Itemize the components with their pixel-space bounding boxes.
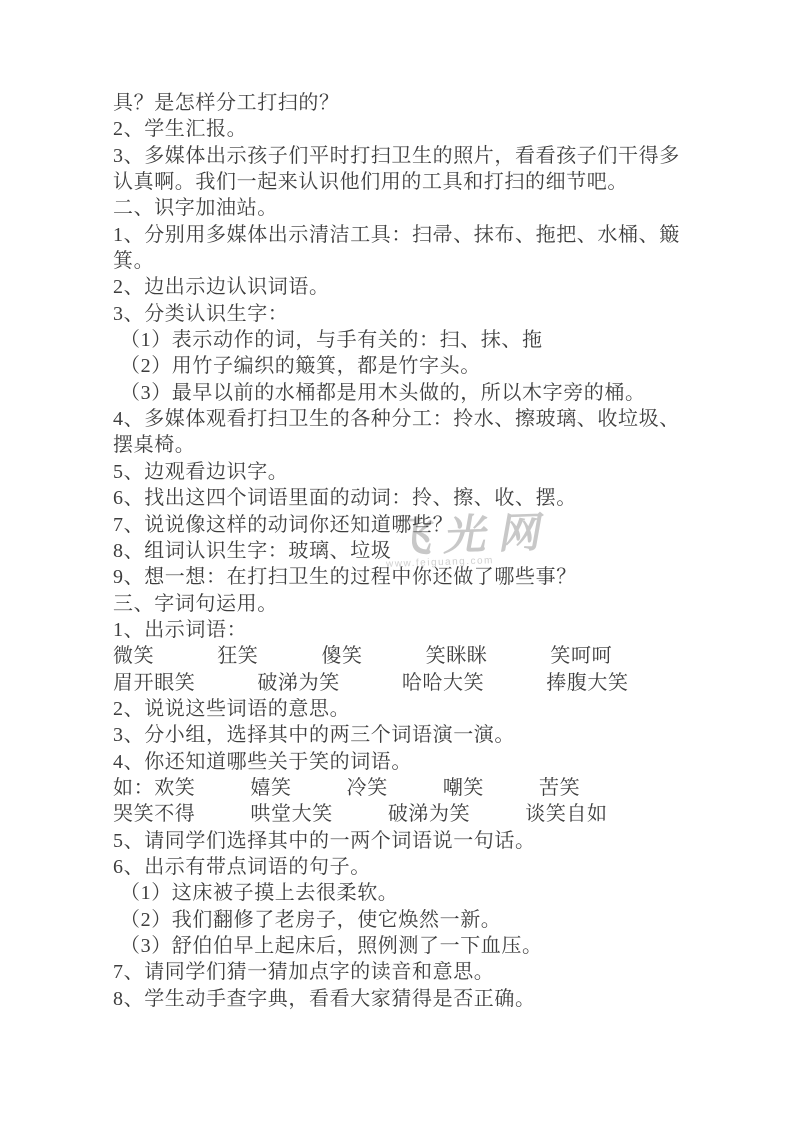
word-row: 微笑狂笑傻笑笑眯眯笑呵呵 bbox=[113, 643, 680, 669]
word-item: 冷笑 bbox=[347, 775, 388, 801]
text-line: 2、边出示边认识词语。 bbox=[113, 274, 680, 300]
document-page: 飞光网 www.feiguang.com 具？是怎样分工打扫的？2、学生汇报。3… bbox=[0, 0, 793, 1122]
word-item: 破涕为笑 bbox=[388, 801, 470, 827]
word-item: 破涕为笑 bbox=[257, 670, 339, 696]
text-line: 6、出示有带点词语的句子。 bbox=[113, 854, 680, 880]
text-line: 1、出示词语： bbox=[113, 617, 680, 643]
text-line: 7、请同学们猜一猜加点字的读音和意思。 bbox=[113, 959, 680, 985]
word-item: 嬉笑 bbox=[250, 775, 291, 801]
text-line: 二、识字加油站。 bbox=[113, 195, 680, 221]
text-line: 5、边观看边识字。 bbox=[113, 459, 680, 485]
text-line: 9、想一想：在打扫卫生的过程中你还做了哪些事？ bbox=[113, 564, 680, 590]
text-line: （1）表示动作的词，与手有关的：扫、抹、拖 bbox=[113, 327, 680, 353]
text-line: 3、多媒体出示孩子们平时打扫卫生的照片，看看孩子们干得多 bbox=[113, 143, 680, 169]
text-line: 5、请同学们选择其中的一两个词语说一句话。 bbox=[113, 828, 680, 854]
word-item: 苦笑 bbox=[539, 775, 580, 801]
word-item: 捧腹大笑 bbox=[546, 670, 628, 696]
text-line: 3、分类认识生字： bbox=[113, 301, 680, 327]
word-item: 傻笑 bbox=[321, 643, 362, 669]
word-row: 如：欢笑嬉笑冷笑嘲笑苦笑 bbox=[113, 775, 680, 801]
text-line: （2）用竹子编织的簸箕，都是竹字头。 bbox=[113, 353, 680, 379]
text-line: 摆桌椅。 bbox=[113, 432, 680, 458]
text-line: 认真啊。我们一起来认识他们用的工具和打扫的细节吧。 bbox=[113, 169, 680, 195]
word-item: 哭笑不得 bbox=[113, 801, 195, 827]
text-line: 8、学生动手查字典，看看大家猜得是否正确。 bbox=[113, 986, 680, 1012]
text-line: 6、找出这四个词语里面的动词：拎、擦、收、摆。 bbox=[113, 485, 680, 511]
word-row: 哭笑不得哄堂大笑破涕为笑谈笑自如 bbox=[113, 801, 680, 827]
text-line: 8、组词认识生字：玻璃、垃圾 bbox=[113, 538, 680, 564]
text-line: （1）这床被子摸上去很柔软。 bbox=[113, 880, 680, 906]
word-item: 哄堂大笑 bbox=[250, 801, 332, 827]
word-item: 嘲笑 bbox=[443, 775, 484, 801]
text-line: 箕。 bbox=[113, 248, 680, 274]
text-line: 具？是怎样分工打扫的？ bbox=[113, 90, 680, 116]
word-item: 笑呵呵 bbox=[550, 643, 612, 669]
text-line: 1、分别用多媒体出示清洁工具：扫帚、抹布、拖把、水桶、簸 bbox=[113, 222, 680, 248]
text-line: 7、说说像这样的动词你还知道哪些？ bbox=[113, 512, 680, 538]
text-line: 4、你还知道哪些关于笑的词语。 bbox=[113, 749, 680, 775]
word-item: 眉开眼笑 bbox=[113, 670, 195, 696]
word-item: 谈笑自如 bbox=[525, 801, 607, 827]
word-item: 哈哈大笑 bbox=[402, 670, 484, 696]
text-line: 3、分小组，选择其中的两三个词语演一演。 bbox=[113, 722, 680, 748]
text-line: 4、多媒体观看打扫卫生的各种分工：拎水、擦玻璃、收垃圾、 bbox=[113, 406, 680, 432]
text-line: 2、学生汇报。 bbox=[113, 116, 680, 142]
word-row: 眉开眼笑破涕为笑哈哈大笑捧腹大笑 bbox=[113, 670, 680, 696]
word-item: 狂笑 bbox=[217, 643, 258, 669]
text-line: 2、说说这些词语的意思。 bbox=[113, 696, 680, 722]
text-line: （2）我们翻修了老房子，使它焕然一新。 bbox=[113, 907, 680, 933]
text-line: （3）最早以前的水桶都是用木头做的，所以木字旁的桶。 bbox=[113, 380, 680, 406]
document-text: 具？是怎样分工打扫的？2、学生汇报。3、多媒体出示孩子们平时打扫卫生的照片，看看… bbox=[113, 90, 680, 1012]
text-line: （3）舒伯伯早上起床后，照例测了一下血压。 bbox=[113, 933, 680, 959]
word-item: 如：欢笑 bbox=[113, 775, 195, 801]
word-item: 微笑 bbox=[113, 643, 154, 669]
text-line: 三、字词句运用。 bbox=[113, 591, 680, 617]
word-item: 笑眯眯 bbox=[426, 643, 488, 669]
